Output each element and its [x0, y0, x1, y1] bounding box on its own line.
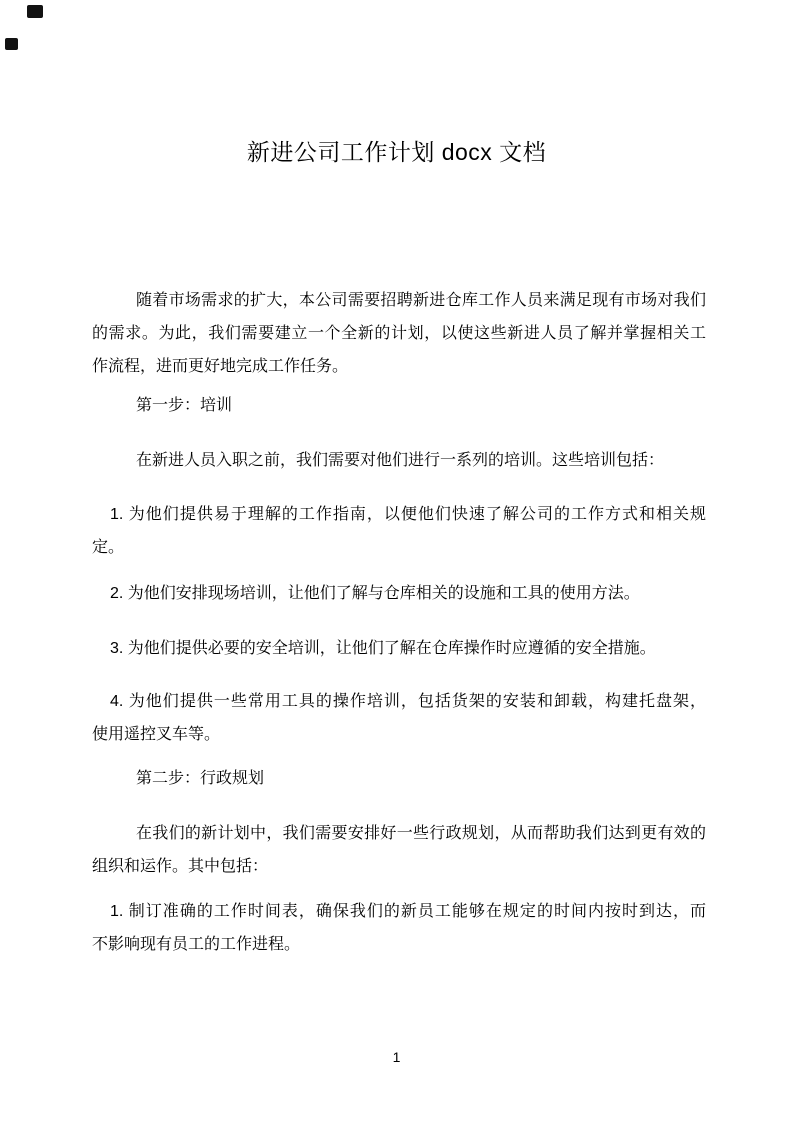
document-page: 新进公司工作计划 docx 文档 随着市场需求的扩大，本公司需要招聘新进仓库工作… — [0, 0, 793, 1122]
paragraph-intro: 随着市场需求的扩大，本公司需要招聘新进仓库工作人员来满足现有市场对我们 的需求。… — [92, 284, 706, 383]
page-number: 1 — [0, 1048, 793, 1066]
text-line: 2. 为他们安排现场培训，让他们了解与仓库相关的设施和工具的使用方法。 — [92, 577, 706, 610]
paragraph-training-intro: 在新进人员入职之前，我们需要对他们进行一系列的培训。这些培训包括： — [92, 444, 706, 477]
text-line: 第一步：培训 — [92, 389, 706, 422]
text-line: 在我们的新计划中，我们需要安排好一些行政规划，从而帮助我们达到更有效的 — [92, 817, 706, 850]
list-item-schedule: 1. 制订准确的工作时间表，确保我们的新员工能够在规定的时间内按时到达，而 不影… — [92, 895, 706, 961]
list-item-3: 3. 为他们提供必要的安全培训，让他们了解在仓库操作时应遵循的安全措施。 — [92, 632, 706, 665]
text-line: 使用遥控叉车等。 — [92, 718, 706, 751]
list-item-4: 4. 为他们提供一些常用工具的操作培训，包括货架的安装和卸载，构建托盘架， 使用… — [92, 685, 706, 751]
scan-artifact-mark — [27, 5, 43, 18]
text-line: 定。 — [92, 531, 706, 564]
text-line: 在新进人员入职之前，我们需要对他们进行一系列的培训。这些培训包括： — [92, 444, 706, 477]
text-line: 第二步：行政规划 — [92, 762, 706, 795]
text-line: 1. 为他们提供易于理解的工作指南，以便他们快速了解公司的工作方式和相关规 — [92, 498, 706, 531]
text-line: 随着市场需求的扩大，本公司需要招聘新进仓库工作人员来满足现有市场对我们 — [92, 284, 706, 317]
text-line: 组织和运作。其中包括： — [92, 850, 706, 883]
list-item-2: 2. 为他们安排现场培训，让他们了解与仓库相关的设施和工具的使用方法。 — [92, 577, 706, 610]
text-line: 1. 制订准确的工作时间表，确保我们的新员工能够在规定的时间内按时到达，而 — [92, 895, 706, 928]
text-line: 3. 为他们提供必要的安全培训，让他们了解在仓库操作时应遵循的安全措施。 — [92, 632, 706, 665]
text-line: 作流程，进而更好地完成工作任务。 — [92, 350, 706, 383]
heading-step-1: 第一步：培训 — [92, 389, 706, 422]
paragraph-admin-intro: 在我们的新计划中，我们需要安排好一些行政规划，从而帮助我们达到更有效的 组织和运… — [92, 817, 706, 883]
text-line: 不影响现有员工的工作进程。 — [92, 928, 706, 961]
document-title: 新进公司工作计划 docx 文档 — [0, 136, 793, 168]
heading-step-2: 第二步：行政规划 — [92, 762, 706, 795]
text-line: 的需求。为此，我们需要建立一个全新的计划，以使这些新进人员了解并掌握相关工 — [92, 317, 706, 350]
text-line: 4. 为他们提供一些常用工具的操作培训，包括货架的安装和卸载，构建托盘架， — [92, 685, 706, 718]
scan-artifact-mark — [5, 38, 18, 50]
list-item-1: 1. 为他们提供易于理解的工作指南，以便他们快速了解公司的工作方式和相关规 定。 — [92, 498, 706, 564]
